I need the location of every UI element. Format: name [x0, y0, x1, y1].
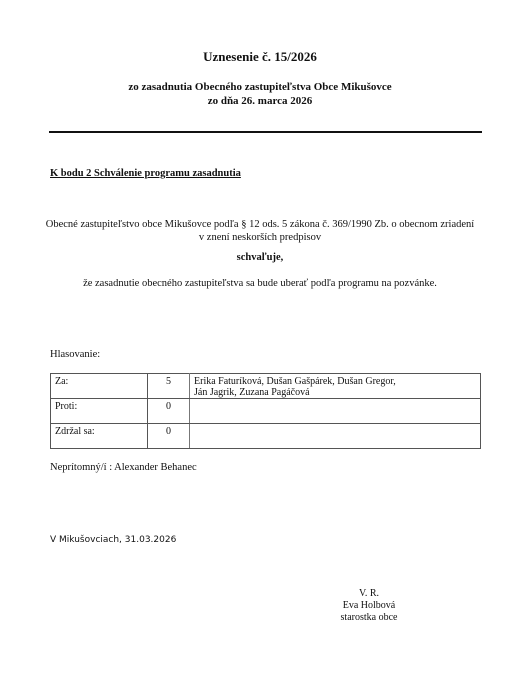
agenda-item-heading: K bodu 2 Schválenie programu zasadnutia: [50, 168, 241, 179]
vote-count: 0: [148, 399, 190, 424]
table-row: Za: 5 Erika Faturíková, Dušan Gašpárek, …: [51, 374, 481, 399]
verdict-text: schvaľuje,: [0, 252, 520, 263]
place-and-date: V Mikušovciach, 31.03.2026: [50, 535, 176, 545]
meeting-subtitle: zo zasadnutia Obecného zastupiteľstva Ob…: [0, 80, 520, 108]
signatory-name: Eva Holbová: [330, 600, 408, 612]
decision-text: že zasadnutie obecného zastupiteľstva sa…: [0, 278, 520, 289]
resolution-title: Uznesenie č. 15/2026: [0, 49, 520, 65]
signatory-role: starostka obce: [330, 612, 408, 624]
vote-count: 5: [148, 374, 190, 399]
legal-preamble: Obecné zastupiteľstvo obce Mikušovce pod…: [0, 218, 520, 244]
header-divider: [49, 131, 482, 133]
vote-label: Proti:: [51, 399, 148, 424]
vote-count: 0: [148, 424, 190, 449]
vote-label: Za:: [51, 374, 148, 399]
vote-names: [190, 424, 481, 449]
table-row: Proti: 0: [51, 399, 481, 424]
vote-names: Erika Faturíková, Dušan Gašpárek, Dušan …: [190, 374, 481, 399]
absent-members: Neprítomný/í : Alexander Behanec: [50, 462, 197, 473]
vote-label: Zdržal sa:: [51, 424, 148, 449]
signature-block: V. R. Eva Holbová starostka obce: [330, 588, 408, 624]
meeting-date-line: zo dňa 26. marca 2026: [0, 94, 520, 108]
voting-table: Za: 5 Erika Faturíková, Dušan Gašpárek, …: [50, 373, 481, 449]
preamble-line: Obecné zastupiteľstvo obce Mikušovce pod…: [0, 218, 520, 231]
signature-note: V. R.: [330, 588, 408, 600]
table-row: Zdržal sa: 0: [51, 424, 481, 449]
meeting-body-line: zo zasadnutia Obecného zastupiteľstva Ob…: [0, 80, 520, 94]
voting-label: Hlasovanie:: [50, 349, 100, 360]
preamble-line: v znení neskorších predpisov: [0, 231, 520, 244]
vote-names: [190, 399, 481, 424]
